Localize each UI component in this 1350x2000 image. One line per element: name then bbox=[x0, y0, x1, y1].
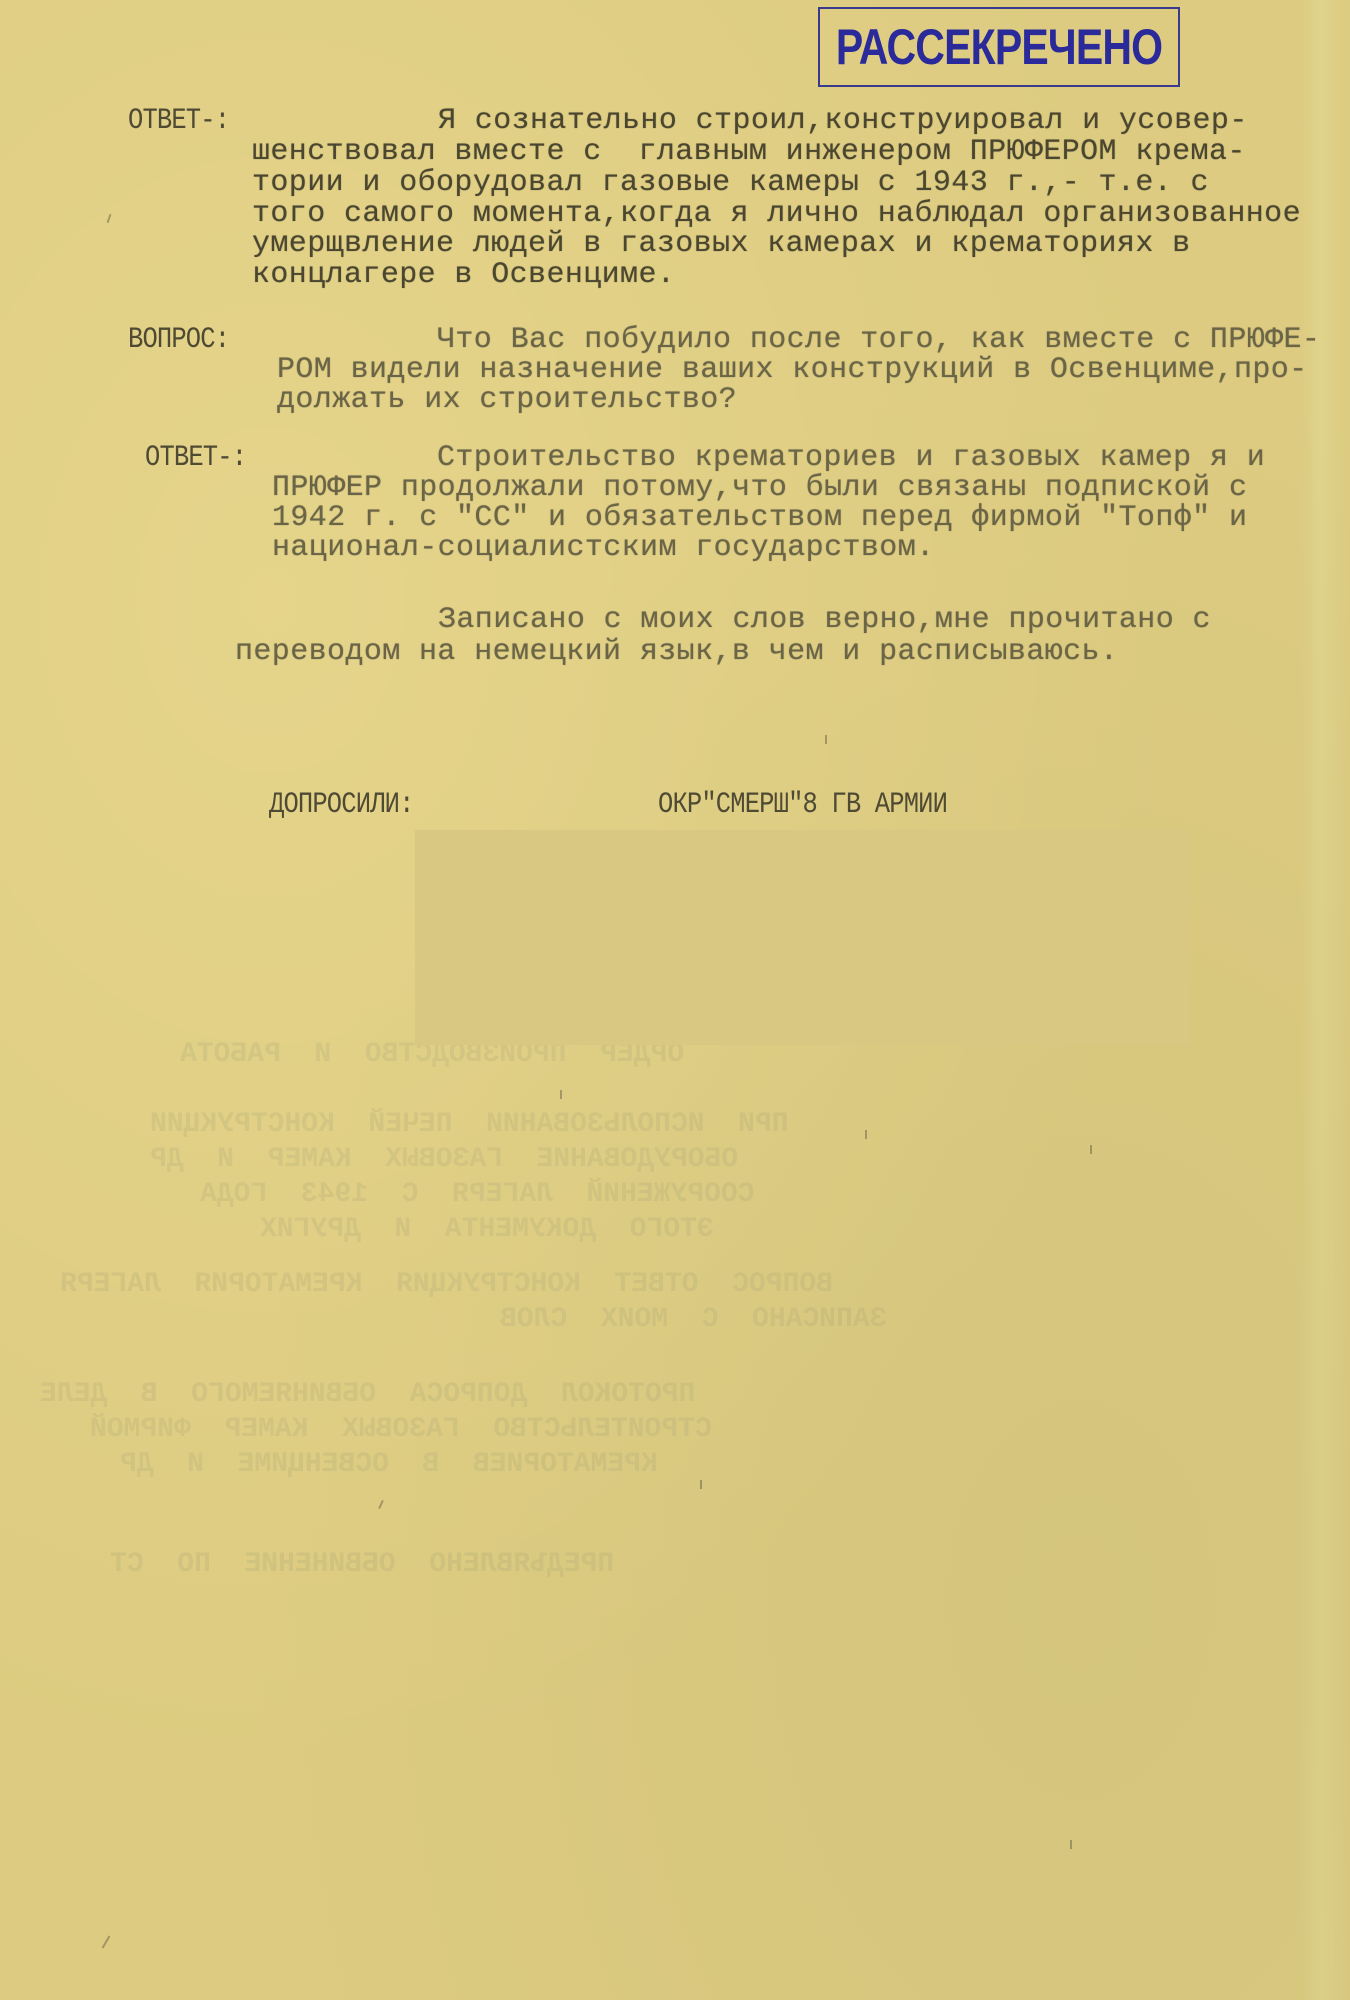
question-line: должать их строительство? bbox=[277, 385, 737, 415]
bleed-through-text: ЗАПИСАНО С МОИХ СЛОВ bbox=[500, 1305, 886, 1335]
answer-label: ОТВЕТ-: bbox=[145, 443, 246, 473]
paper-speck bbox=[865, 1130, 867, 1139]
declassified-stamp: РАССЕКРЕЧЕНО bbox=[818, 7, 1180, 87]
answer-2-line: 1942 г. с "СС" и обязательством перед фи… bbox=[272, 503, 1247, 533]
declassified-stamp-text: РАССЕКРЕЧЕНО bbox=[836, 18, 1162, 76]
answer-2-line: Строительство крематориев и газовых каме… bbox=[437, 443, 1265, 473]
paper-speck bbox=[700, 1480, 702, 1489]
closing-line: переводом на немецкий язык,в чем и распи… bbox=[235, 637, 1118, 667]
question-line: Что Вас побудило после того, как вместе … bbox=[437, 325, 1320, 355]
answer-2-line: ПРЮФЕР продолжали потому,что были связан… bbox=[272, 473, 1247, 503]
paper-speck bbox=[107, 214, 112, 223]
bleed-through-text: КРЕМАТОРИЕВ В ОСВЕНЦИМЕ И ДР bbox=[120, 1450, 658, 1480]
answer-1-line: шенствовал вместе с главным инженером ПР… bbox=[252, 137, 1246, 167]
question-line: РОМ видели назначение ваших конструкций … bbox=[277, 355, 1308, 385]
paper-speck bbox=[378, 1500, 384, 1509]
answer-1-line: концлагере в Освенциме. bbox=[252, 260, 675, 290]
bleed-through-text: ПРИ ИСПОЛЬЗОВАНИИ ПЕЧЕЙ КОНСТРУКЦИИ bbox=[150, 1110, 789, 1140]
bleed-through-text: ЭТОГО ДОКУМЕНТА И ДРУГИХ bbox=[260, 1215, 714, 1245]
bleed-through-text: ВОПРОС ОТВЕТ КОНСТРУКЦИЯ КРЕМАТОРИЯ ЛАГЕ… bbox=[60, 1270, 833, 1300]
paper-speck bbox=[560, 1090, 562, 1099]
paper-speck bbox=[825, 735, 827, 744]
redacted-area bbox=[415, 830, 1190, 1045]
bleed-through-text: СТРОИТЕЛЬСТВО ГАЗОВЫХ КАМЕР ФИРМОЙ bbox=[90, 1415, 712, 1445]
bleed-through-text: СООРУЖЕНИЙ ЛАГЕРЯ С 1943 ГОДА bbox=[200, 1180, 755, 1210]
closing-line: Записано с моих слов верно,мне прочитано… bbox=[438, 605, 1211, 635]
interrogated-by-label: ДОПРОСИЛИ: bbox=[269, 790, 414, 820]
answer-1-line: того самого момента,когда я лично наблюд… bbox=[252, 199, 1301, 229]
question-label: ВОПРОС: bbox=[128, 325, 229, 355]
interrogating-unit: ОКР"СМЕРШ"8 ГВ АРМИИ bbox=[658, 790, 947, 820]
answer-2-line: национал-социалистским государством. bbox=[272, 533, 935, 563]
bleed-through-text: ПРЕДЪЯВЛЕНО ОБВИНЕНИЕ ПО СТ bbox=[110, 1550, 614, 1580]
answer-1-line: Я сознательно строил,конструировал и усо… bbox=[438, 106, 1248, 136]
bleed-through-text: ПРОТОКОЛ ДОПРОСА ОБВИНЯЕМОГО В ДЕЛЕ bbox=[40, 1380, 695, 1410]
bleed-through-text: ОБОРУДОВАНИЕ ГАЗОВЫХ КАМЕР И ДР bbox=[150, 1145, 738, 1175]
paper-speck bbox=[102, 1935, 111, 1948]
answer-1-line: умерщвление людей в газовых камерах и кр… bbox=[252, 229, 1191, 259]
answer-label: ОТВЕТ-: bbox=[128, 106, 229, 136]
paper-speck bbox=[1070, 1840, 1072, 1849]
answer-1-line: тории и оборудовал газовые камеры с 1943… bbox=[252, 168, 1209, 198]
paper-speck bbox=[1090, 1145, 1092, 1154]
